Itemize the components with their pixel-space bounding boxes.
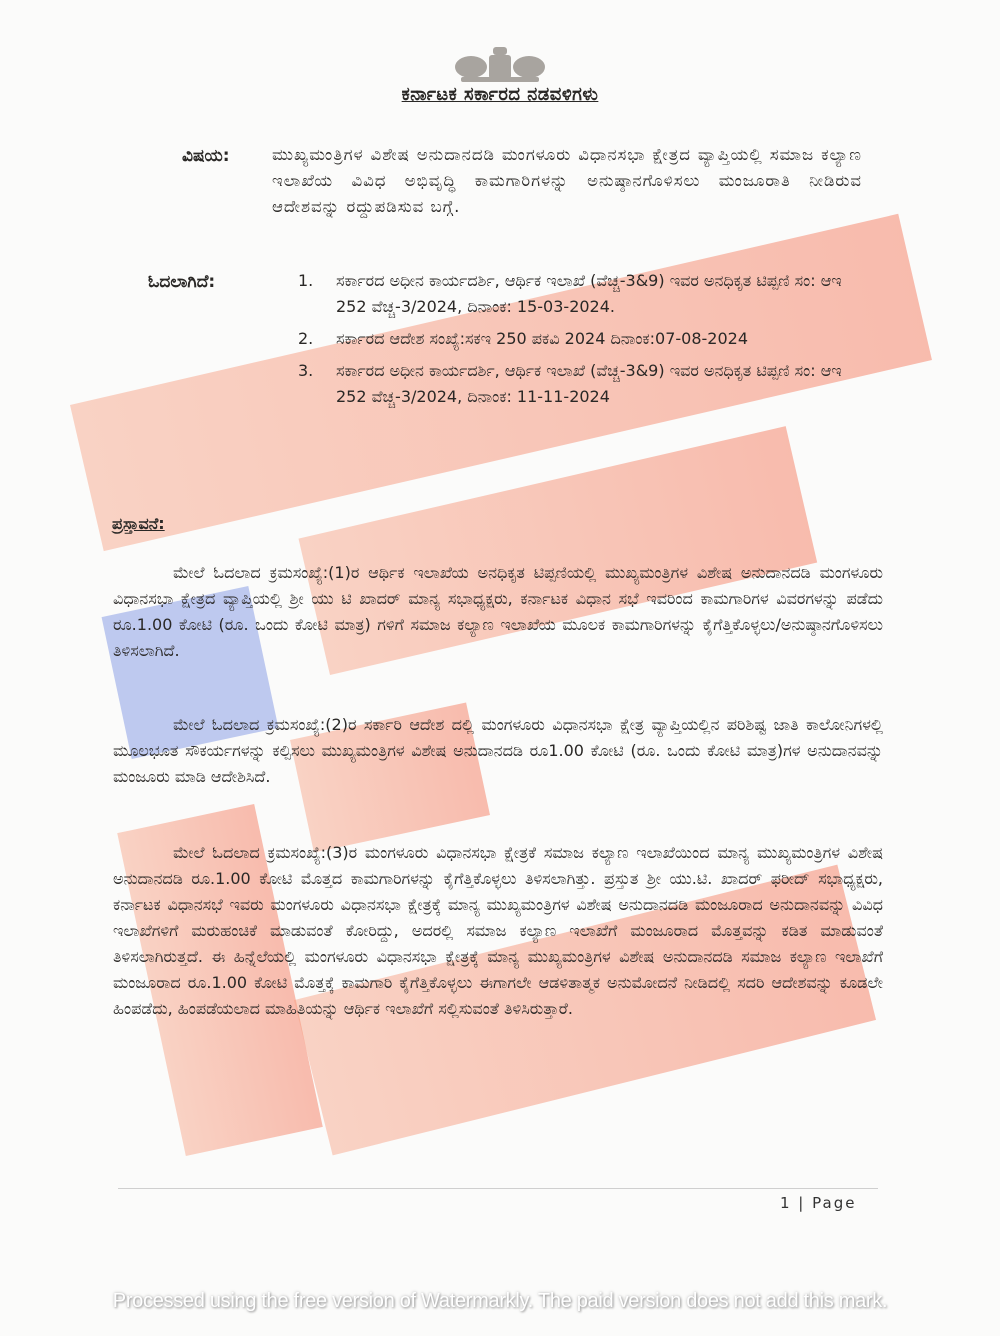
preamble-paragraph-2: ಮೇಲೆ ಓದಲಾದ ಕ್ರಮಸಂಖ್ಯೆ:(2)ರ ಸರ್ಕಾರಿ ಆದೇಶ … (113, 712, 883, 790)
reference-item: 3. ಸರ್ಕಾರದ ಅಧೀನ ಕಾರ್ಯದರ್ಶಿ, ಆರ್ಥಿಕ ಇಲಾಖೆ… (298, 358, 858, 410)
document-title: ಕರ್ನಾಟಕ ಸರ್ಕಾರದ ನಡವಳಿಗಳು (0, 84, 1000, 105)
watermark-text: Processed using the free version of Wate… (0, 1290, 1000, 1313)
preamble-heading: ಪ್ರಸ್ತಾವನೆ: (112, 514, 165, 534)
reference-text: ಸರ್ಕಾರದ ಅಧೀನ ಕಾರ್ಯದರ್ಶಿ, ಆರ್ಥಿಕ ಇಲಾಖೆ (ವ… (336, 268, 858, 320)
references-list: 1. ಸರ್ಕಾರದ ಅಧೀನ ಕಾರ್ಯದರ್ಶಿ, ಆರ್ಥಿಕ ಇಲಾಖೆ… (298, 268, 858, 416)
page-number: 1 | Page (780, 1194, 856, 1212)
document-page: ಕರ್ನಾಟಕ ಸರ್ಕಾರದ ನಡವಳಿಗಳು ವಿಷಯ: ಮುಖ್ಯಮಂತ್… (0, 0, 1000, 1336)
reference-text: ಸರ್ಕಾರದ ಆದೇಶ ಸಂಖ್ಯೆ:ಸಕಇ 250 ಪಕವಿ 2024 ದಿ… (336, 326, 858, 352)
reference-number: 2. (298, 326, 336, 352)
reference-item: 1. ಸರ್ಕಾರದ ಅಧೀನ ಕಾರ್ಯದರ್ಶಿ, ಆರ್ಥಿಕ ಇಲಾಖೆ… (298, 268, 858, 320)
reference-number: 1. (298, 268, 336, 320)
footer-divider (118, 1188, 878, 1189)
subject-label: ವಿಷಯ: (182, 146, 230, 166)
emblem-icon (447, 45, 553, 85)
reference-item: 2. ಸರ್ಕಾರದ ಆದೇಶ ಸಂಖ್ಯೆ:ಸಕಇ 250 ಪಕವಿ 2024… (298, 326, 858, 352)
preamble-paragraph-1: ಮೇಲೆ ಓದಲಾದ ಕ್ರಮಸಂಖ್ಯೆ:(1)ರ ಆರ್ಥಿಕ ಇಲಾಖೆಯ… (113, 560, 883, 664)
preamble-paragraph-3: ಮೇಲೆ ಓದಲಾದ ಕ್ರಮಸಂಖ್ಯೆ:(3)ರ ಮಂಗಳೂರು ವಿಧಾನ… (113, 840, 883, 1022)
reference-number: 3. (298, 358, 336, 410)
references-label: ಓದಲಾಗಿದೆ: (148, 272, 215, 292)
subject-text: ಮುಖ್ಯಮಂತ್ರಿಗಳ ವಿಶೇಷ ಅನುದಾನದಡಿ ಮಂಗಳೂರು ವಿ… (272, 142, 862, 220)
reference-text: ಸರ್ಕಾರದ ಅಧೀನ ಕಾರ್ಯದರ್ಶಿ, ಆರ್ಥಿಕ ಇಲಾಖೆ (ವ… (336, 358, 858, 410)
document-content: ಕರ್ನಾಟಕ ಸರ್ಕಾರದ ನಡವಳಿಗಳು ವಿಷಯ: ಮುಖ್ಯಮಂತ್… (0, 0, 1000, 1336)
